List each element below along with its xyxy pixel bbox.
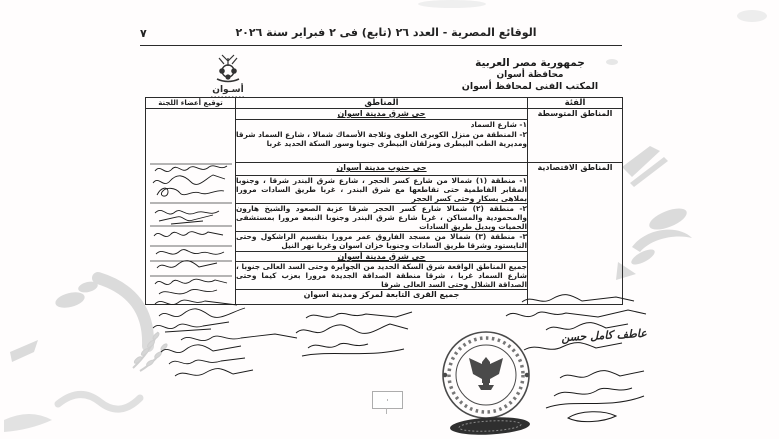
area-item: ١- شارع السماد xyxy=(236,120,527,129)
table-row: المناطق المتوسطة حى شرق مدينة اسوان xyxy=(146,109,623,120)
page-marker-box: · xyxy=(372,391,403,409)
header-rule xyxy=(140,45,622,46)
category-economic-areas: المناطق الاقتصادية xyxy=(528,163,623,305)
gazette-header-line: الوقائع المصرية - العدد ٢٦ (تابع) فى ٢ ف… xyxy=(160,26,612,39)
committee-signatures xyxy=(147,109,235,300)
letterhead-governorate: محافظة أسوان xyxy=(428,70,632,80)
letterhead: جمهورية مصر العربية محافظة أسوان المكتب … xyxy=(428,57,632,92)
south-district-item-2: ٢- منطقة (٢) شمالا شارع كسر الحجر شرقا ع… xyxy=(236,203,528,231)
gazette-page-number: ٧ xyxy=(140,27,147,40)
area-item: ٢- المنطقة من منزل الكوبرى العلوى وثلاجة… xyxy=(236,130,527,148)
table-header-row: الفئة المناطق توقيع أعضاء اللجنة xyxy=(146,98,623,109)
oval-ink-stamp xyxy=(450,415,531,435)
eagle-emblem-icon xyxy=(469,357,503,390)
letterhead-office: المكتب الفنى لمحافظ أسوان xyxy=(428,81,632,92)
section-south-district-title: حى جنوب مدينة أسوان xyxy=(236,163,528,176)
signatures-middle-cluster xyxy=(278,306,433,366)
section-east-district-2-title: حى شرق مدينة أسوان xyxy=(236,251,528,261)
column-header-signatures: توقيع أعضاء اللجنة xyxy=(146,98,236,109)
scanned-gazette-page: الوقائع المصرية - العدد ٢٦ (تابع) فى ٢ ف… xyxy=(0,0,779,439)
logo-caption: أسـوان xyxy=(212,83,243,95)
east-district-2-item: جميع المناطق الواقعة شرق السكة الحديد من… xyxy=(236,261,528,289)
column-header-areas: المناطق xyxy=(236,98,528,109)
letterhead-country: جمهورية مصر العربية xyxy=(428,57,632,69)
section-east-district-title: حى شرق مدينة اسوان xyxy=(236,109,528,120)
south-district-item-3: ٣- منطقة (٣) شمالا من مسجد الفاروق عمر م… xyxy=(236,231,528,251)
category-medium-areas: المناطق المتوسطة xyxy=(528,109,623,163)
east-district-items: ١- شارع السماد ٢- المنطقة من منزل الكوبر… xyxy=(236,120,528,163)
column-header-category: الفئة xyxy=(528,98,623,109)
page-marker-tick xyxy=(386,408,387,414)
official-round-stamp xyxy=(434,329,542,435)
committee-signatures-cell xyxy=(146,109,236,305)
south-district-item-1: ١- منطقة (١) شمالا من شارع كسر الحجر ، ش… xyxy=(236,175,528,203)
zones-table: الفئة المناطق توقيع أعضاء اللجنة المناطق… xyxy=(145,97,623,305)
